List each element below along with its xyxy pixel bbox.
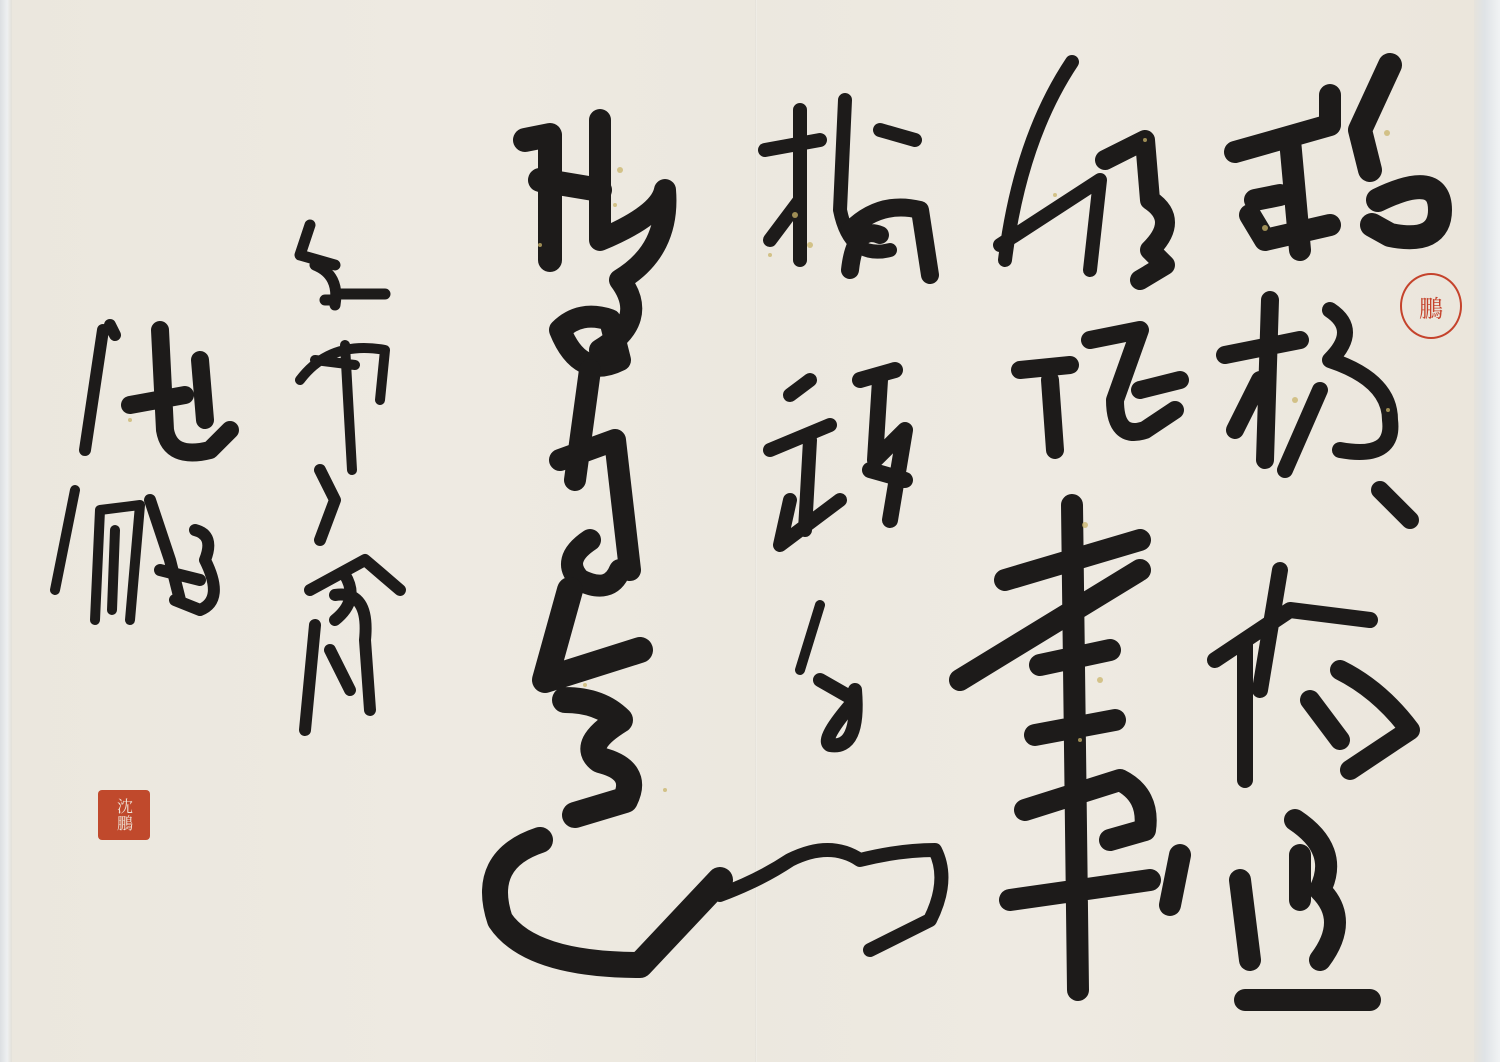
gold-flecks bbox=[128, 130, 1390, 792]
seal-round-text: 鵬 bbox=[1402, 275, 1460, 337]
column-3-strokes bbox=[720, 100, 941, 950]
inscription-strokes bbox=[300, 225, 400, 730]
signature-strokes bbox=[55, 325, 230, 620]
seal-round-top-right: 鵬 bbox=[1400, 273, 1462, 339]
calligraphy-ink-strokes bbox=[0, 0, 1500, 1062]
column-2-strokes bbox=[960, 62, 1180, 990]
seal-square-text: 沈鵬 bbox=[113, 798, 136, 832]
column-4-strokes bbox=[495, 120, 720, 965]
seal-square-bottom-left: 沈鵬 bbox=[98, 790, 150, 840]
column-1-strokes bbox=[1215, 65, 1440, 1000]
